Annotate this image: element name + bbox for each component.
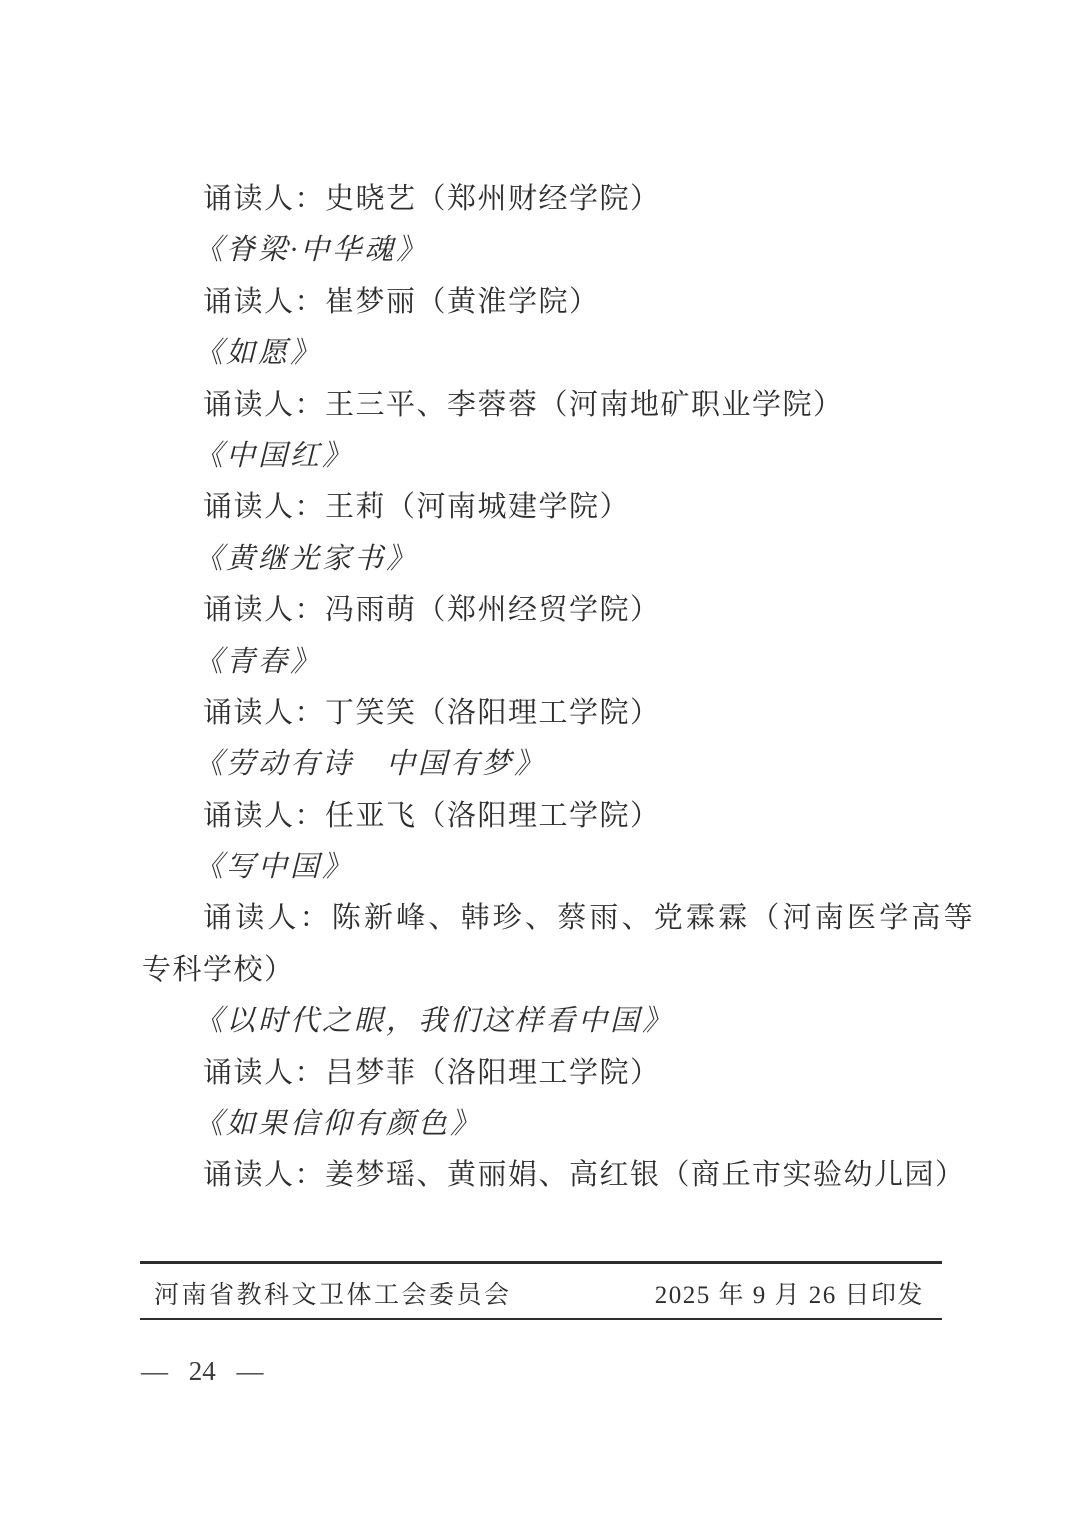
reciter-line: 诵读人：崔梦丽（黄淮学院） [142, 277, 944, 328]
reciter-line: 诵读人：史晓艺（郑州财经学院） [142, 174, 944, 225]
document-page: 诵读人：史晓艺（郑州财经学院）《脊梁·中华魂》诵读人：崔梦丽（黄淮学院）《如愿》… [0, 0, 1080, 1527]
print-date: 2025 年 9 月 26 日印发 [655, 1275, 942, 1311]
issuing-organization: 河南省教科文卫体工会委员会 [140, 1275, 512, 1311]
work-title: 《青春》 [142, 637, 944, 688]
reciter-line: 诵读人：王莉（河南城建学院） [142, 482, 944, 533]
reciter-line: 诵读人：姜梦瑶、黄丽娟、高红银（商丘市实验幼儿园） [142, 1150, 944, 1201]
imprint-row: 河南省教科文卫体工会委员会 2025 年 9 月 26 日印发 [140, 1272, 942, 1314]
reciter-line: 诵读人：陈新峰、韩珍、蔡雨、党霖霖（河南医学高等 [142, 893, 944, 944]
reciter-line: 诵读人：任亚飞（洛阳理工学院） [142, 791, 944, 842]
footer-top-rule [140, 1261, 942, 1264]
work-title: 《劳动有诗 中国有梦》 [142, 739, 944, 790]
work-title: 《如果信仰有颜色》 [142, 1099, 944, 1150]
work-title: 《以时代之眼，我们这样看中国》 [142, 996, 944, 1047]
recitation-list: 诵读人：史晓艺（郑州财经学院）《脊梁·中华魂》诵读人：崔梦丽（黄淮学院）《如愿》… [142, 174, 944, 1202]
work-title: 《中国红》 [142, 431, 944, 482]
reciter-line: 诵读人：吕梦菲（洛阳理工学院） [142, 1048, 944, 1099]
reciter-line: 诵读人：丁笑笑（洛阳理工学院） [142, 688, 944, 739]
page-number: — 24 — [141, 1356, 264, 1387]
work-title: 《黄继光家书》 [142, 534, 944, 585]
footer-bottom-rule [140, 1318, 942, 1320]
reciter-line: 专科学校） [142, 945, 944, 996]
work-title: 《如愿》 [142, 328, 944, 379]
work-title: 《写中国》 [142, 842, 944, 893]
work-title: 《脊梁·中华魂》 [142, 225, 944, 276]
reciter-line: 诵读人：王三平、李蓉蓉（河南地矿职业学院） [142, 380, 944, 431]
reciter-line: 诵读人：冯雨萌（郑州经贸学院） [142, 585, 944, 636]
